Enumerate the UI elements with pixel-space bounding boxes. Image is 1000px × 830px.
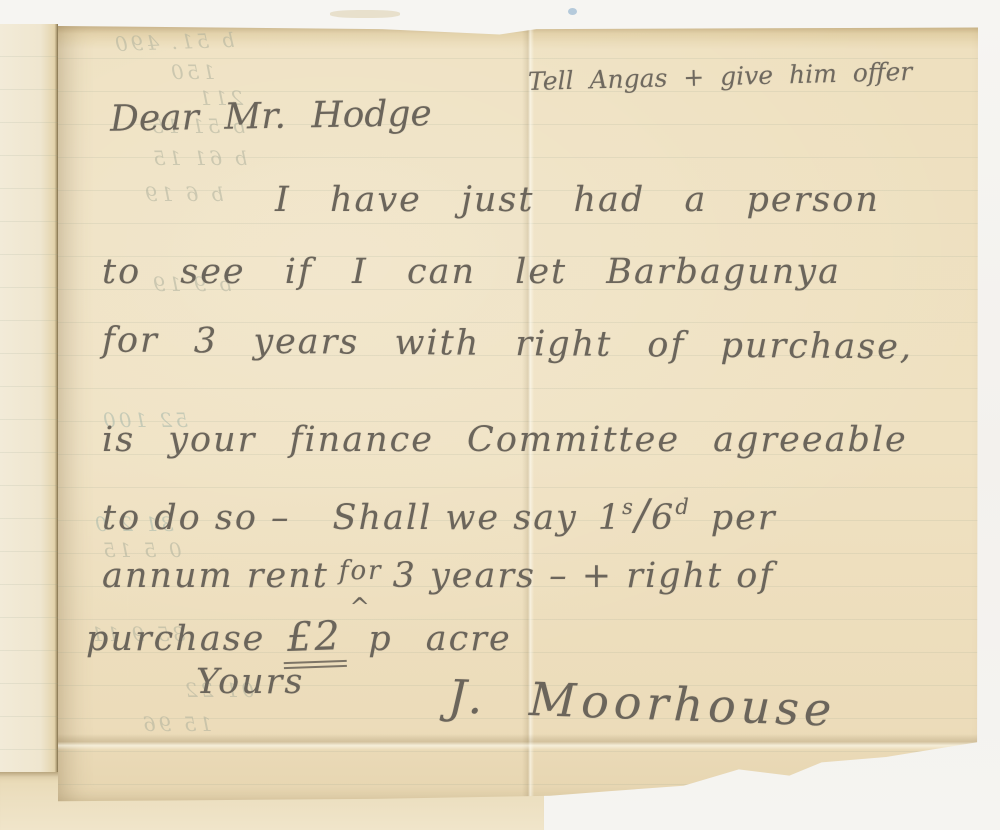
inserted-word: for: [339, 561, 383, 582]
show-through-fragment: b 61 15: [150, 146, 247, 170]
body-line: purchase£2p acre: [86, 614, 512, 668]
scan-artifact: [568, 8, 577, 15]
body-line-text: annum rent: [102, 556, 329, 596]
body-line: to see if I can let Barbagunya: [102, 252, 841, 292]
body-line-text: p acre: [368, 619, 511, 659]
show-through-fragment: 15 96: [140, 712, 212, 736]
horizontal-fold-crease: [58, 734, 978, 750]
body-line: for 3 years with right of purchase,: [102, 320, 913, 367]
rate-slash: /: [635, 490, 651, 539]
body-line-text: per: [711, 498, 777, 538]
body-line-text: purchase: [86, 619, 265, 659]
show-through-fragment: b 6 19: [142, 182, 224, 206]
adjacent-page-edge: [0, 24, 58, 830]
body-line-text: to do so –: [102, 498, 291, 538]
ruled-lines: [0, 24, 58, 830]
show-through-fragment: 150: [168, 60, 215, 84]
body-line: is your finance Committee agreeable: [102, 420, 908, 460]
body-line-text: 3 years – + right of: [393, 556, 775, 596]
body-line: annum rentfor^3 years – + right of: [102, 556, 774, 615]
body-line: I have just had a person: [275, 180, 880, 220]
show-through-fragment: b 51. 490: [112, 28, 235, 56]
closing: Yours: [196, 662, 304, 702]
scan-canvas: b 51. 490 150 211 b 51 15 b 61 15 b 6 19…: [0, 0, 1000, 830]
shillings-superscript: s: [622, 495, 635, 519]
rate-pence: 6: [651, 498, 675, 538]
scan-artifact: [330, 10, 400, 18]
salutation: Dear Mr. Hodge: [110, 93, 432, 140]
price-underlined: £2: [282, 613, 347, 669]
rate-shillings: 1: [598, 498, 622, 538]
caret-insertion: for^: [339, 575, 383, 615]
body-line-text: Shall we say: [333, 498, 578, 538]
pence-superscript: d: [675, 495, 690, 519]
body-line: to do so –Shall we say1s/6dper: [102, 490, 777, 539]
rate-shillings-pence: 1s/6d: [598, 498, 691, 538]
